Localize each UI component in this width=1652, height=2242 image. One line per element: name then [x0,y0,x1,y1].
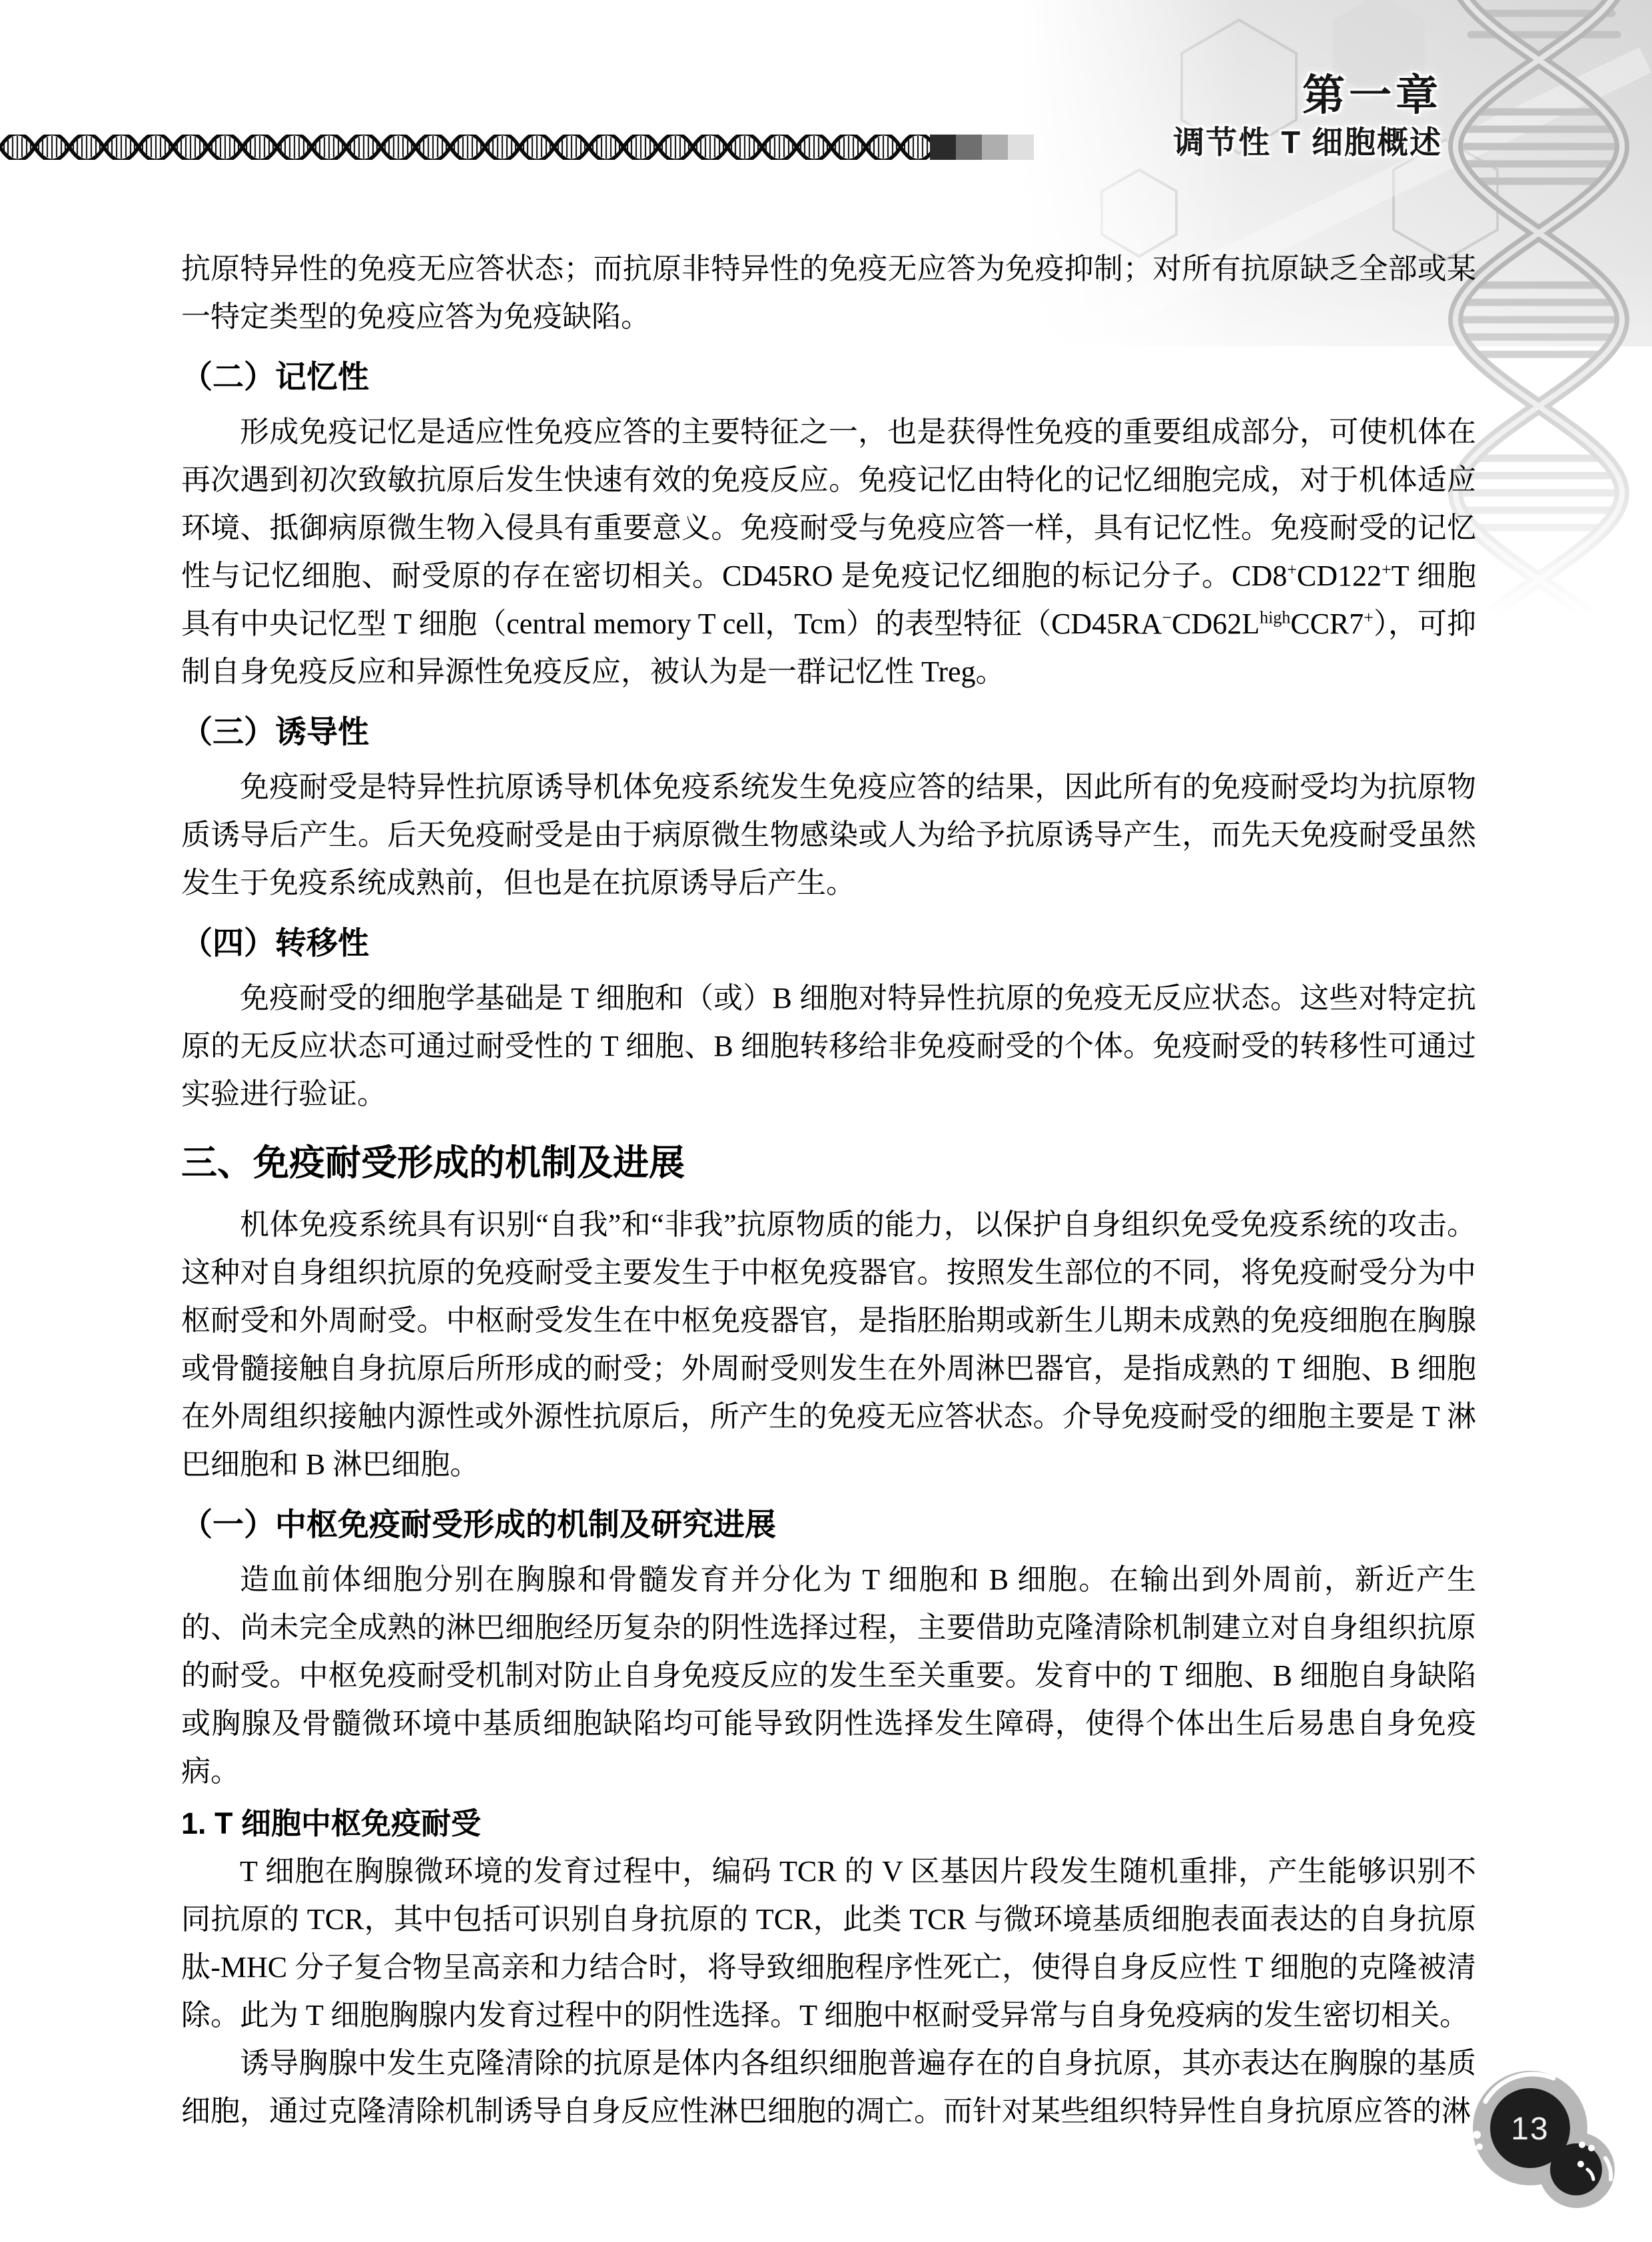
book-page: 第一章 调节性 T 细胞概述 抗原特异性的免疫无应答状态；而抗原非特异性的免疫无… [0,0,1652,2242]
body-paragraph: 机体免疫系统具有识别“自我”和“非我”抗原物质的能力，以保护自身组织免受免疫系统… [181,1201,1476,1489]
body-paragraph: 诱导胸腺中发生克隆清除的抗原是体内各组织细胞普遍存在的自身抗原，其亦表达在胸腺的… [181,2040,1476,2135]
chapter-header: 第一章 调节性 T 细胞概述 [966,72,1442,161]
section-heading-inducible: （三）诱导性 [181,716,1476,747]
dna-strip-pattern [0,135,930,160]
section-heading-memory: （二）记忆性 [181,361,1476,392]
content-area: 抗原特异性的免疫无应答状态；而抗原非特异性的免疫无应答为免疫抑制；对所有抗原缺乏… [181,245,1476,2135]
body-paragraph: 形成免疫记忆是适应性免疫应答的主要特征之一，也是获得性免疫的重要组成部分，可使机… [181,408,1476,696]
chapter-title: 调节性 T 细胞概述 [966,124,1442,161]
gradient-block [930,135,956,160]
body-paragraph: T 细胞在胸腺微环境的发育过程中，编码 TCR 的 V 区基因片段发生随机重排，… [181,1848,1476,2040]
page-number: 13 [1511,2111,1549,2147]
dna-strand-band-icon [0,135,1039,160]
body-paragraph: 抗原特异性的免疫无应答状态；而抗原非特异性的免疫无应答为免疫抑制；对所有抗原缺乏… [181,245,1476,341]
body-paragraph: 免疫耐受的细胞学基础是 T 细胞和（或）B 细胞对特异性抗原的免疫无反应状态。这… [181,974,1476,1118]
section-heading-transfer: （四）转移性 [181,927,1476,958]
page-number-badge: 13 [1445,2065,1632,2242]
section-heading-central: （一）中枢免疫耐受形成的机制及研究进展 [181,1509,1476,1540]
section-heading-mechanism: 三、免疫耐受形成的机制及进展 [181,1145,1476,1181]
chapter-number: 第一章 [966,72,1442,119]
body-paragraph: 造血前体细胞分别在胸腺和骨髓发育并分化为 T 细胞和 B 细胞。在输出到外周前，… [181,1556,1476,1796]
subsection-heading-tcell: 1. T 细胞中枢免疫耐受 [181,1800,1476,1848]
body-paragraph: 免疫耐受是特异性抗原诱导机体免疫系统发生免疫应答的结果，因此所有的免疫耐受均为抗… [181,763,1476,907]
